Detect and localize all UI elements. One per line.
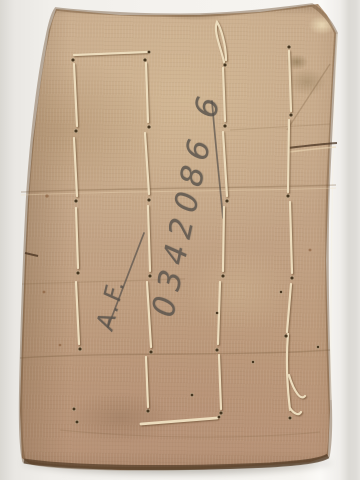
photo-backdrop: 0342086 6 A.F.	[0, 0, 360, 480]
